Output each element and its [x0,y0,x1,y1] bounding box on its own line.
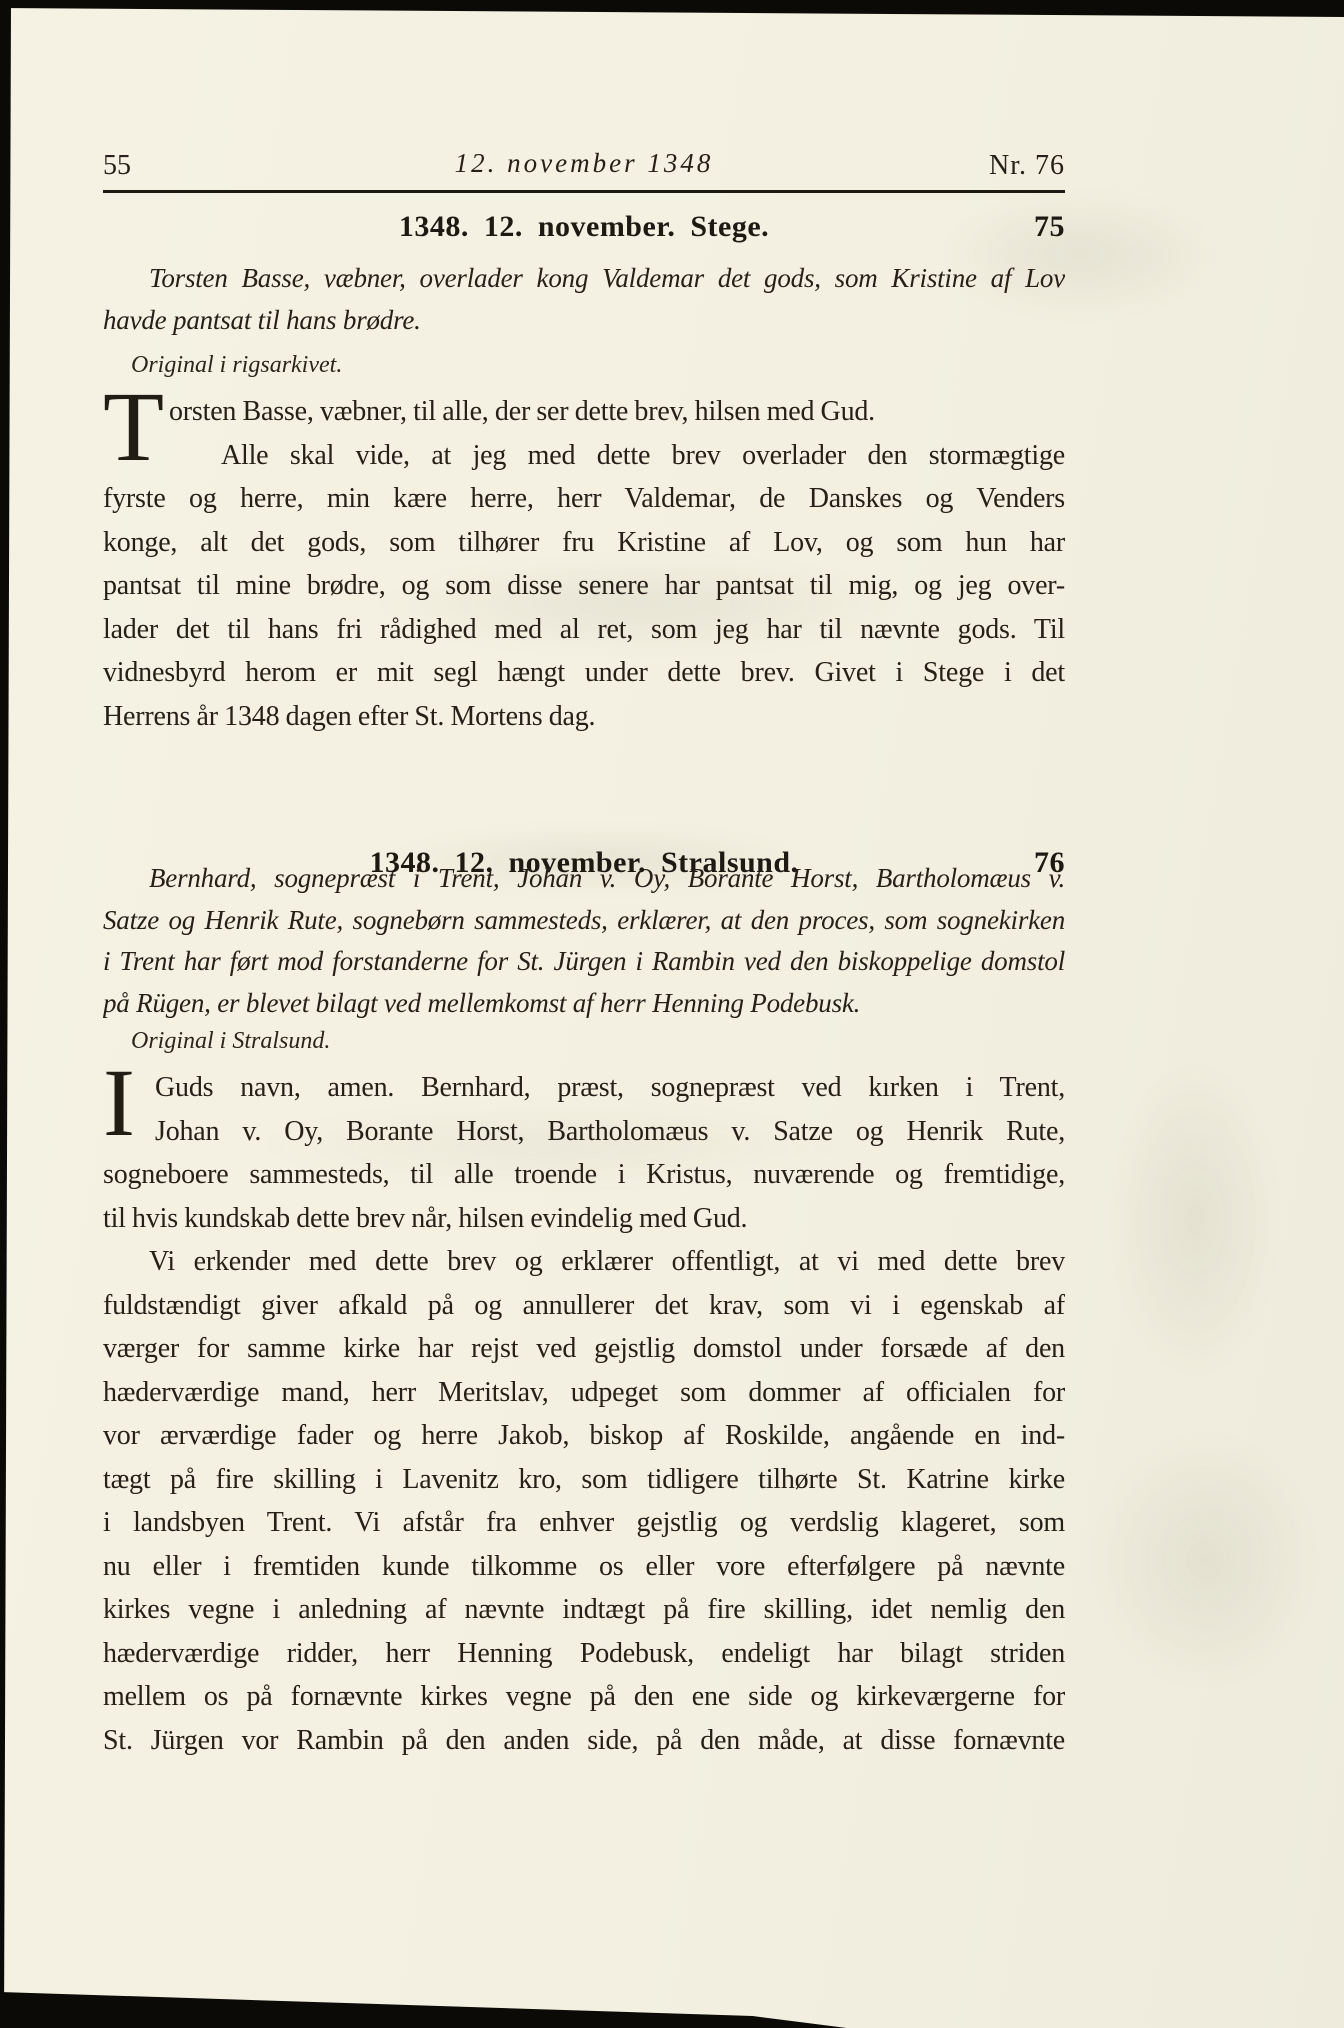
doc76-body: I Guds navn, amen. Bernhard, præst, sogn… [103,1066,1065,1762]
text-line: i landsbyen Trent. Vi afstår fra enhver … [103,1501,1065,1545]
text-line: Vi erkender med dette brev og erklærer o… [103,1240,1065,1284]
text-line: i Trent har ført mod forstanderne for St… [103,941,1065,983]
text-line: fyrste og herre, min kære herre, herr Va… [103,477,1065,521]
text-line: vidnesbyrd herom er mit segl hængt under… [103,651,1065,695]
text-line: tægt på fire skilling i Lavenitz kro, so… [103,1458,1065,1502]
drop-cap-i: I [103,1058,135,1148]
head-rule [103,190,1065,193]
text-line: Herrens år 1348 dagen efter St. Mortens … [103,695,1065,739]
text-line: på Rügen, er blevet bilagt ved mellemkom… [103,983,1065,1025]
text-line: St. Jürgen vor Rambin på den anden side,… [103,1719,1065,1763]
text-line: fuldstændigt giver afkald på og annuller… [103,1284,1065,1328]
doc75-provenance: Original i rigsarkivet. [103,352,1093,379]
text-line: lader det til hans fri rådighed med al r… [103,608,1065,652]
text-line: mellem os på fornævnte kirkes vegne på d… [103,1675,1065,1719]
running-head: 55 12. november 1348 Nr. 76 [103,150,1065,190]
doc75-heading: 1348. 12. november. Stege. 75 [103,210,1065,244]
text-line: sogneboere sammesteds, til alle troende … [103,1153,1065,1197]
bleed-through-smudge [1110,1060,1280,1380]
scanned-book-page: 55 12. november 1348 Nr. 76 1348. 12. no… [0,0,1344,2028]
text-line: vor ærværdige fader og herre Jakob, bisk… [103,1414,1065,1458]
text-line: pantsat til mine brødre, og som disse se… [103,564,1065,608]
text-line: Bernhard, sognepræst i Trent, Johan v. O… [103,858,1065,900]
scan-edge-left [0,0,14,2028]
text-line: hæderværdige mand, herr Meritslav, udpeg… [103,1371,1065,1415]
text-line: Guds navn, amen. Bernhard, præst, sognep… [103,1066,1065,1110]
doc75-body: T orsten Basse, væbner, til alle, der se… [103,390,1065,738]
text-line: havde pantsat til hans brødre. [103,300,1065,342]
scan-edge-bottom [0,1980,1344,2028]
text-line: konge, alt det gods, som tilhører fru Kr… [103,521,1065,565]
text-line: nu eller i fremtiden kunde tilkomme os e… [103,1545,1065,1589]
text-line: kirkes vegne i anledning af nævnte indtæ… [103,1588,1065,1632]
page-number: 55 [103,150,131,182]
doc75-heading-text: 1348. 12. november. Stege. [103,210,1065,244]
scan-edge-top [0,0,1344,18]
text-line: hæderværdige ridder, herr Henning Podebu… [103,1632,1065,1676]
text-line: orsten Basse, væbner, til alle, der ser … [103,390,1065,434]
text-line: Johan v. Oy, Borante Horst, Bartholomæus… [103,1110,1065,1154]
running-head-date: 12. november 1348 [455,148,714,179]
text-line: Alle skal vide, at jeg med dette brev ov… [103,434,1065,478]
text-line: værger for samme kirke har rejst ved gej… [103,1327,1065,1371]
text-line: Satze og Henrik Rute, sognebørn sammeste… [103,900,1065,942]
text-line: Torsten Basse, væbner, overlader kong Va… [103,258,1065,300]
drop-cap-t: T [103,382,164,472]
doc76-provenance: Original i Stralsund. [103,1028,1093,1055]
doc75-number: 75 [1034,210,1065,244]
text-line: til hvis kundskab dette brev når, hilsen… [103,1197,1065,1241]
running-head-number: Nr. 76 [989,150,1065,182]
doc75-summary: Torsten Basse, væbner, overlader kong Va… [103,258,1065,341]
doc76-summary: Bernhard, sognepræst i Trent, Johan v. O… [103,858,1065,1024]
bleed-through-smudge [1090,1430,1320,1690]
